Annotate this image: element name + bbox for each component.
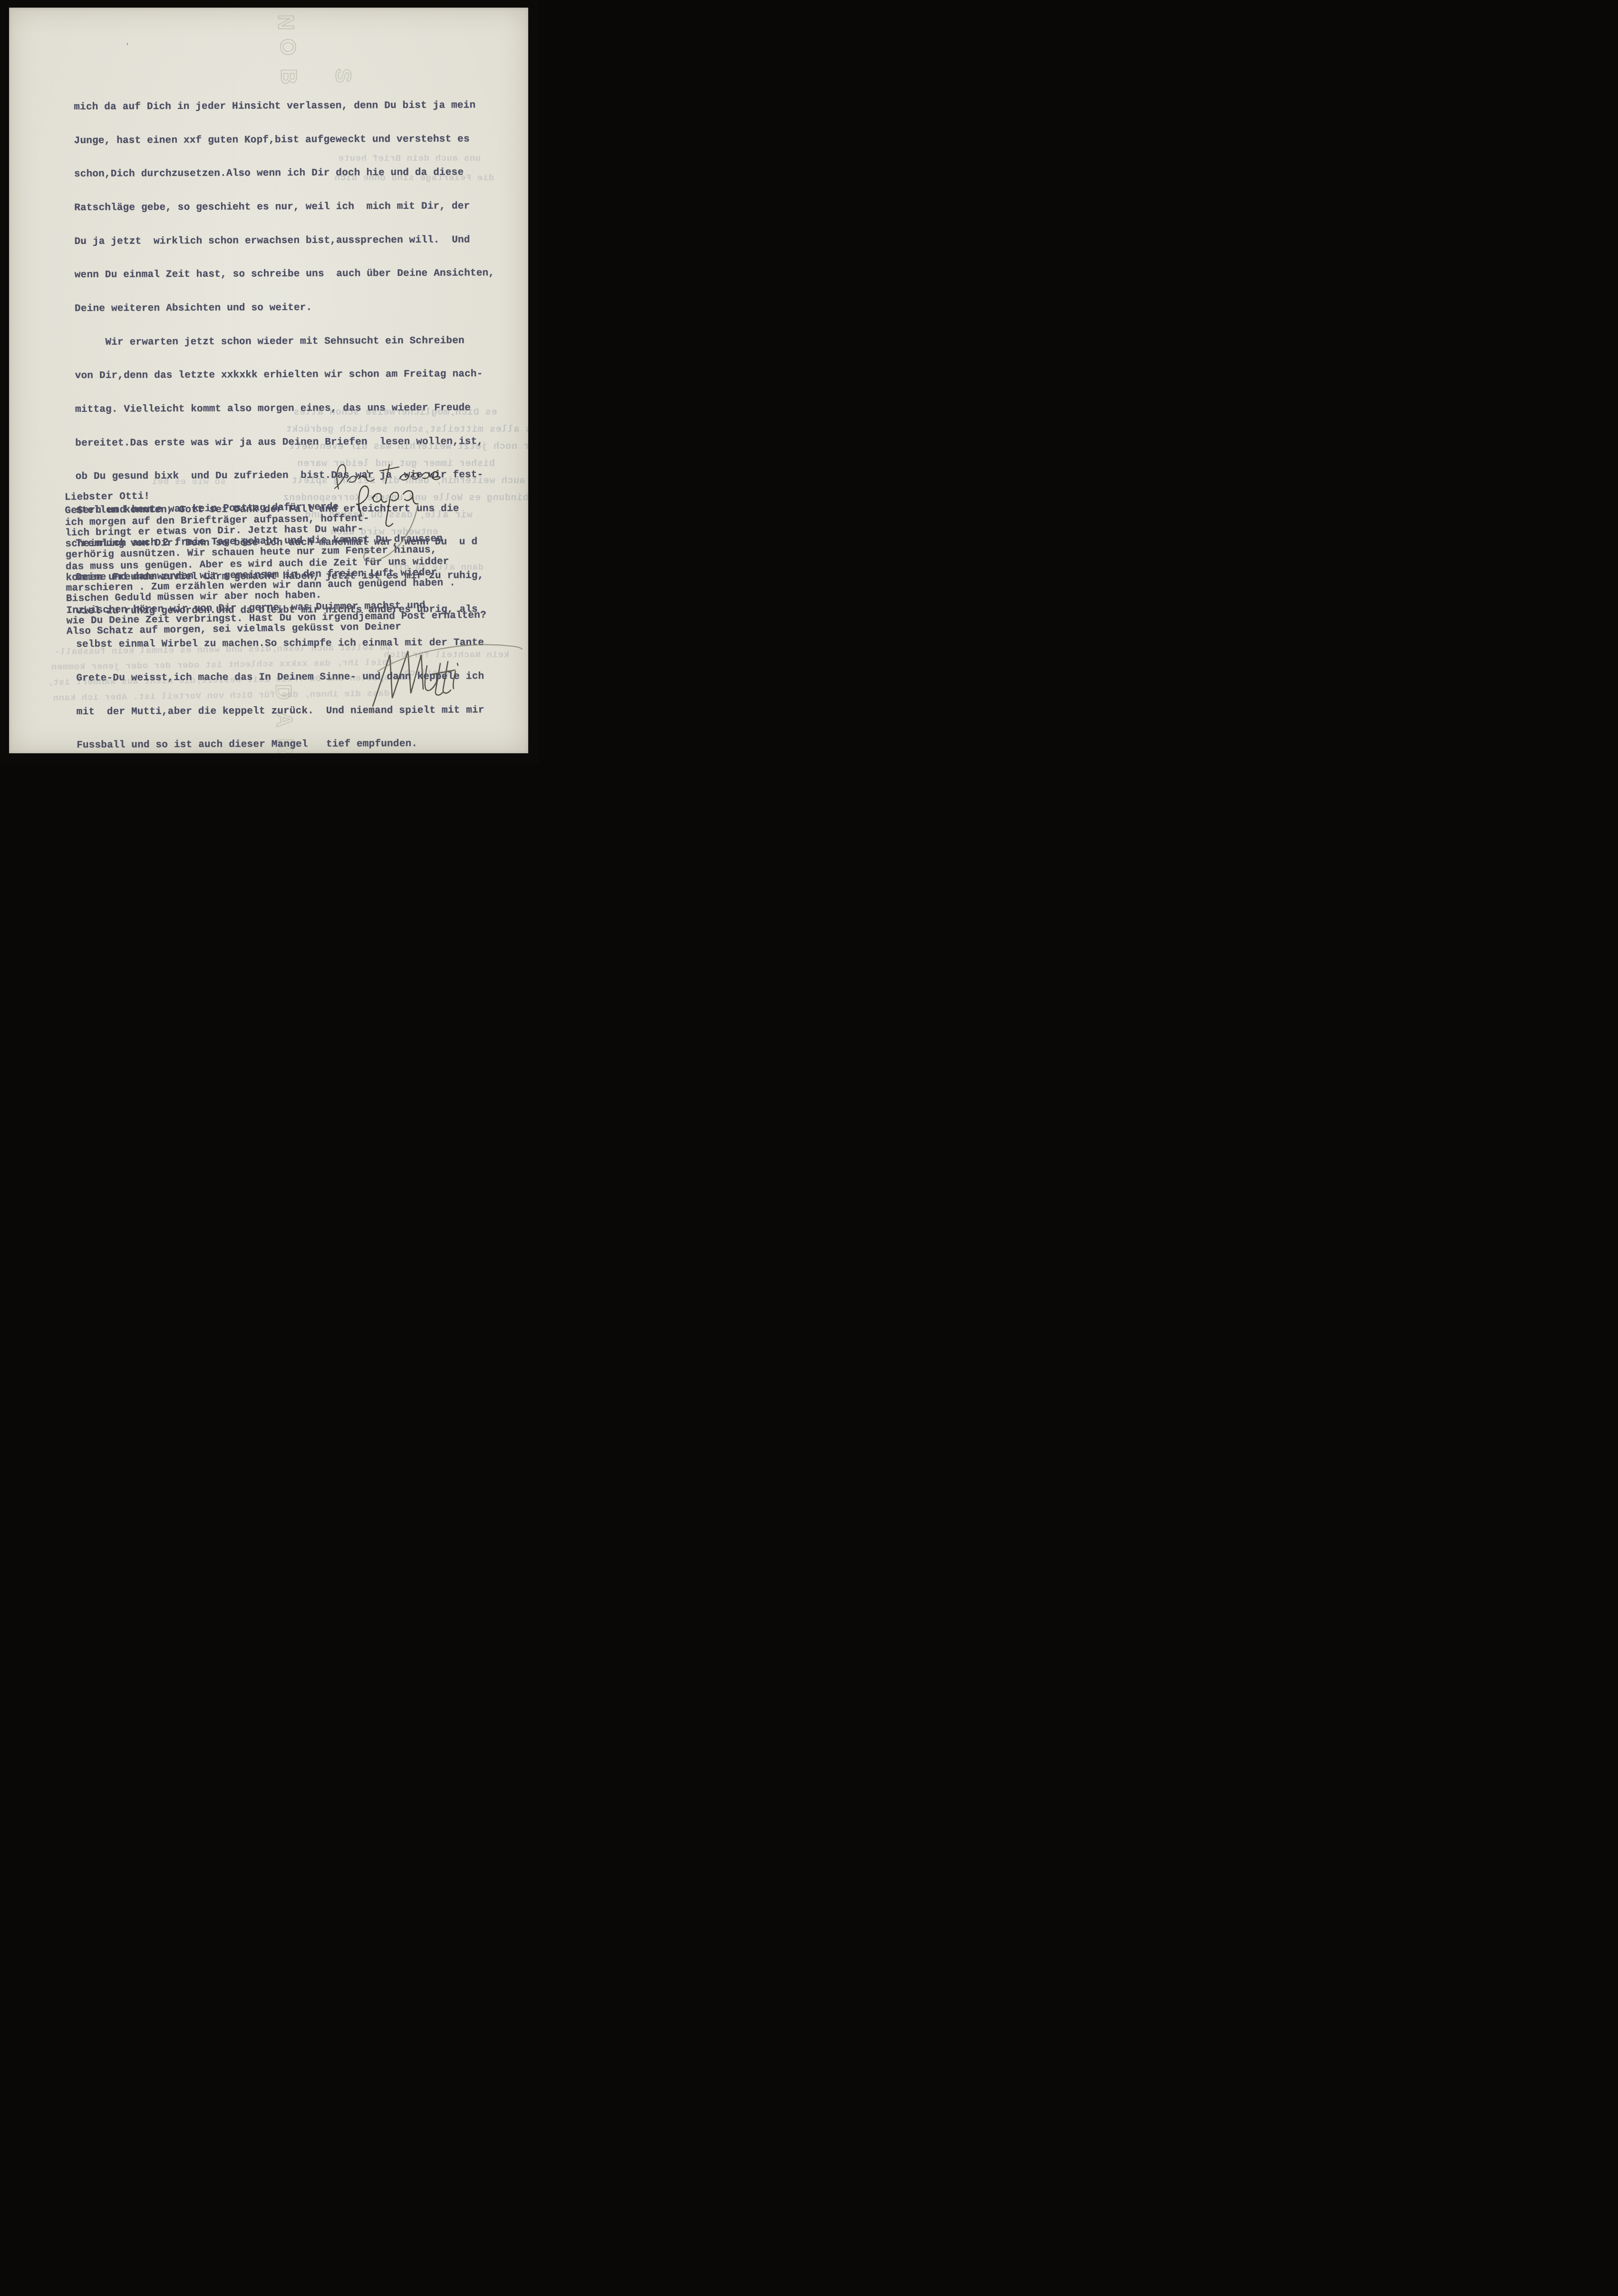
scan-speck	[253, 541, 255, 543]
typed-line: Grete-Du weisst,ich mache das In Deinem …	[76, 671, 508, 684]
typed-line: Wir erwarten jetzt schon wieder mit Sehn…	[75, 335, 507, 349]
watermark-letter: N	[275, 14, 297, 30]
typed-line: von Dir,denn das letzte xxkxkk erhielten…	[75, 369, 507, 382]
typed-line: mittag. Vielleicht kommt also morgen ein…	[75, 402, 507, 416]
typed-letter-mother: Liebster Otti! Ge$ern und heute war kein…	[65, 484, 523, 642]
typed-letter-father: mich da auf Dich in jeder Hinsicht verla…	[74, 78, 511, 753]
typed-line: Junge, hast einen xxf guten Kopf,bist au…	[74, 134, 506, 147]
scan-background: N O B S D A R uns auch dein Brief heute …	[0, 0, 539, 765]
letter-paper: N O B S D A R uns auch dein Brief heute …	[9, 8, 528, 753]
typed-line: Ratschläge gebe, so geschieht es nur, we…	[74, 201, 506, 214]
typed-line: mit der Mutti,aber die keppelt zurück. U…	[77, 705, 509, 718]
salutation: Liebster Otti!	[65, 491, 150, 504]
typed-line: mich da auf Dich in jeder Hinsicht verla…	[74, 100, 506, 113]
typed-line: Deine weiteren Absichten und so weiter.	[75, 302, 507, 315]
typed-line: Fussball und so ist auch dieser Mangel t…	[77, 738, 509, 751]
typed-line: ob Du gesund bixk und Du zufrieden bist.…	[76, 469, 508, 483]
typed-line: wenn Du einmal Zeit hast, so schreibe un…	[75, 268, 507, 281]
typed-line: bereitet.Das erste was wir ja aus Deinen…	[75, 436, 507, 449]
typed-line: schon,Dich durchzusetzen.Also wenn ich D…	[74, 167, 506, 180]
watermark-letter: O	[277, 39, 299, 56]
scan-speck	[97, 524, 99, 526]
typed-line: Du ja jetzt wirklich schon erwachsen bis…	[74, 234, 506, 248]
scan-speck	[127, 43, 128, 45]
